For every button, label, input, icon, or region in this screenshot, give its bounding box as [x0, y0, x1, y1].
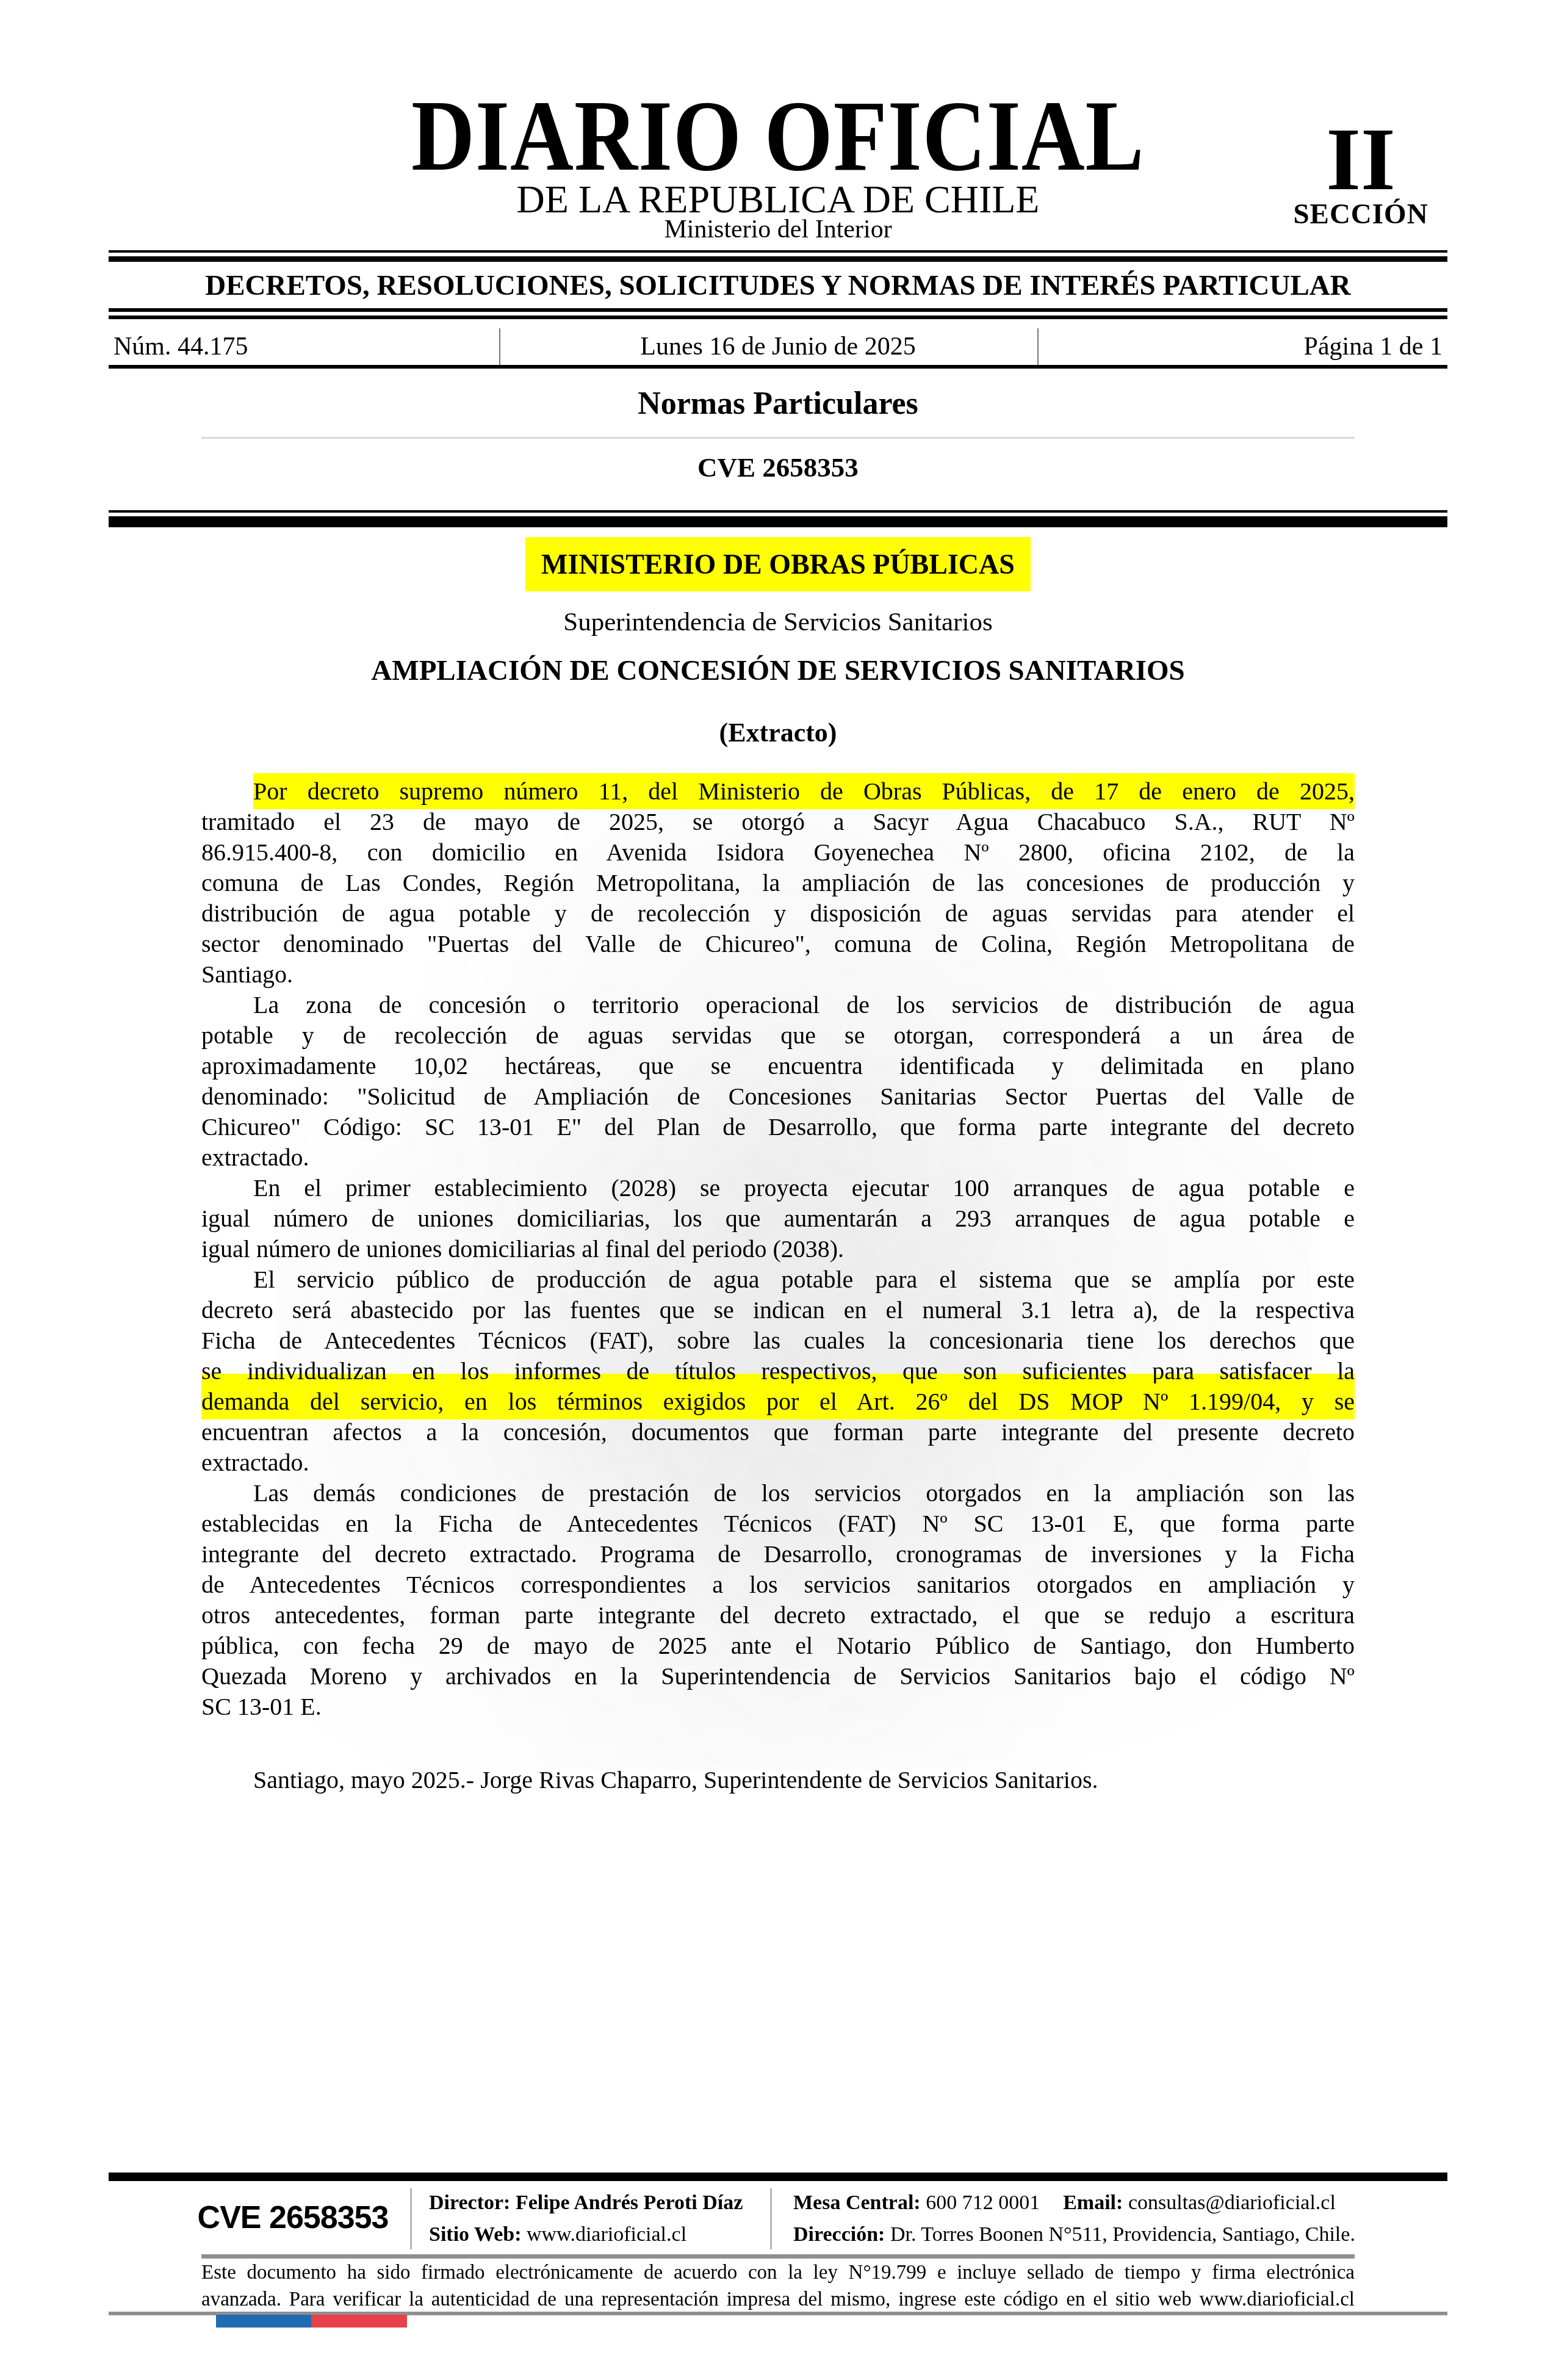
- siteweb-value: www.diarioficial.cl: [527, 2223, 686, 2246]
- notice-ministry-heading: MINISTERIO DE OBRAS PÚBLICAS: [0, 537, 1556, 591]
- body-line: demanda del servicio, en los términos ex…: [201, 1387, 1355, 1417]
- body-line: Chicureo" Código: SC 13-01 E" del Plan d…: [201, 1112, 1355, 1142]
- cve-number: CVE 2658353: [0, 452, 1556, 483]
- signature-line: Santiago, mayo 2025.- Jorge Rivas Chapar…: [201, 1765, 1355, 1795]
- body-line: decreto será abastecido por las fuentes …: [201, 1295, 1355, 1325]
- body-line: 86.915.400-8, con domicilio en Avenida I…: [201, 837, 1355, 868]
- body-line: El servicio público de producción de agu…: [201, 1264, 1355, 1295]
- footer-gray-rule: [201, 2254, 1355, 2259]
- director-label: Director:: [429, 2191, 510, 2214]
- notice-agency: Superintendencia de Servicios Sanitarios: [0, 607, 1556, 637]
- rule-top-thin: [109, 250, 1447, 253]
- section-block: II SECCIÓN: [1275, 120, 1446, 229]
- footer-contact-column: Mesa Central: 600 712 0001Email: consult…: [793, 2187, 1379, 2251]
- rule-cve-thin: [109, 510, 1447, 513]
- flag-red-segment: [311, 2315, 407, 2328]
- legal-text: Este documento ha sido firmado electróni…: [201, 2259, 1355, 2313]
- body-line: sector denominado "Puertas del Valle de …: [201, 929, 1355, 959]
- footer-cve: CVE 2658353: [183, 2199, 403, 2236]
- body-line: extractado.: [201, 1448, 1355, 1478]
- email-label: Email:: [1063, 2191, 1123, 2214]
- body-line: igual número de uniones domiciliarias al…: [201, 1234, 1355, 1264]
- body-line: igual número de uniones domiciliarias, l…: [201, 1203, 1355, 1234]
- legal-line-1: Este documento ha sido firmado electróni…: [201, 2259, 1355, 2286]
- body-line: Por decreto supremo número 11, del Minis…: [201, 776, 1355, 807]
- body-line: Quezada Moreno y archivados en la Superi…: [201, 1661, 1355, 1692]
- body-text: Por decreto supremo número 11, del Minis…: [201, 776, 1355, 1795]
- section-label: SECCIÓN: [1275, 199, 1446, 229]
- issue-date: Lunes 16 de Junio de 2025: [109, 332, 1447, 361]
- body-line: aproximadamente 10,02 hectáreas, que se …: [201, 1051, 1355, 1081]
- phone-email-row: Mesa Central: 600 712 0001Email: consult…: [793, 2187, 1379, 2219]
- notice-title: AMPLIACIÓN DE CONCESIÓN DE SERVICIOS SAN…: [0, 654, 1556, 687]
- meta-row: Núm. 44.175 Lunes 16 de Junio de 2025 Pá…: [109, 332, 1447, 364]
- body-line: otros antecedentes, forman parte integra…: [201, 1600, 1355, 1631]
- footer-director-column: Director: Felipe Andrés Peroti Díaz Siti…: [429, 2187, 758, 2251]
- chile-flag-bar: [216, 2315, 407, 2328]
- body-line: de Antecedentes Técnicos correspondiente…: [201, 1570, 1355, 1600]
- gazette-page: DIARIO OFICIAL DE LA REPUBLICA DE CHILE …: [0, 0, 1556, 2380]
- rule-band-bottom-2: [109, 316, 1447, 319]
- address-row: Dirección: Dr. Torres Boonen N°511, Prov…: [793, 2219, 1379, 2251]
- phone-label: Mesa Central:: [793, 2191, 921, 2214]
- director-name: Felipe Andrés Peroti Díaz: [516, 2191, 743, 2214]
- body-line: SC 13-01 E.: [201, 1692, 1355, 1722]
- section-hairline: [201, 437, 1355, 439]
- footer-divider-right: [770, 2188, 772, 2249]
- highlighted-ministry-text: MINISTERIO DE OBRAS PÚBLICAS: [525, 537, 1031, 591]
- body-line: tramitado el 23 de mayo de 2025, se otor…: [201, 807, 1355, 837]
- section-heading: Normas Particulares: [0, 386, 1556, 422]
- legal-line-2: avanzada. Para verificar la autenticidad…: [201, 2286, 1355, 2313]
- director-row: Director: Felipe Andrés Peroti Díaz: [429, 2187, 758, 2219]
- rule-top-thick: [109, 256, 1447, 262]
- siteweb-row: Sitio Web: www.diarioficial.cl: [429, 2219, 758, 2251]
- footer-divider-left: [410, 2188, 412, 2249]
- flag-blue-segment: [216, 2315, 311, 2328]
- email-value: consultas@diarioficial.cl: [1128, 2191, 1336, 2214]
- body-line: denominado: "Solicitud de Ampliación de …: [201, 1081, 1355, 1112]
- body-line: pública, con fecha 29 de mayo de 2025 an…: [201, 1631, 1355, 1661]
- body-line: En el primer establecimiento (2028) se p…: [201, 1173, 1355, 1203]
- body-line: Las demás condiciones de prestación de l…: [201, 1478, 1355, 1509]
- siteweb-label: Sitio Web:: [429, 2223, 521, 2246]
- address-value: Dr. Torres Boonen N°511, Providencia, Sa…: [890, 2223, 1355, 2246]
- rule-band-bottom-1: [109, 308, 1447, 312]
- masthead-title-text: DIARIO OFICIAL: [411, 93, 1145, 180]
- notice-subtitle: (Extracto): [0, 717, 1556, 748]
- phone-value: 600 712 0001: [926, 2191, 1040, 2214]
- body-line: encuentran afectos a la concesión, docum…: [201, 1417, 1355, 1448]
- body-line: La zona de concesión o territorio operac…: [201, 990, 1355, 1020]
- body-line: extractado.: [201, 1142, 1355, 1173]
- body-line: se individualizan en los informes de tít…: [201, 1356, 1355, 1387]
- section-roman-numeral: II: [1275, 120, 1446, 199]
- footer-top-bar: [109, 2173, 1447, 2181]
- meta-separator-left: [499, 328, 500, 366]
- body-line: distribución de agua potable y de recole…: [201, 898, 1355, 929]
- body-line: Santiago.: [201, 959, 1355, 990]
- body-line: integrante del decreto extractado. Progr…: [201, 1539, 1355, 1570]
- page-indicator: Página 1 de 1: [1304, 332, 1443, 361]
- body-line: establecidas en la Ficha de Antecedentes…: [201, 1509, 1355, 1539]
- rule-cve-thick: [109, 516, 1447, 527]
- body-line: comuna de Las Condes, Región Metropolita…: [201, 868, 1355, 898]
- rule-meta-bottom: [109, 365, 1447, 369]
- band-title: DECRETOS, RESOLUCIONES, SOLICITUDES Y NO…: [0, 267, 1556, 304]
- meta-separator-right: [1037, 328, 1039, 366]
- address-label: Dirección:: [793, 2223, 885, 2246]
- body-line: Ficha de Antecedentes Técnicos (FAT), so…: [201, 1325, 1355, 1356]
- body-line: potable y de recolección de aguas servid…: [201, 1020, 1355, 1051]
